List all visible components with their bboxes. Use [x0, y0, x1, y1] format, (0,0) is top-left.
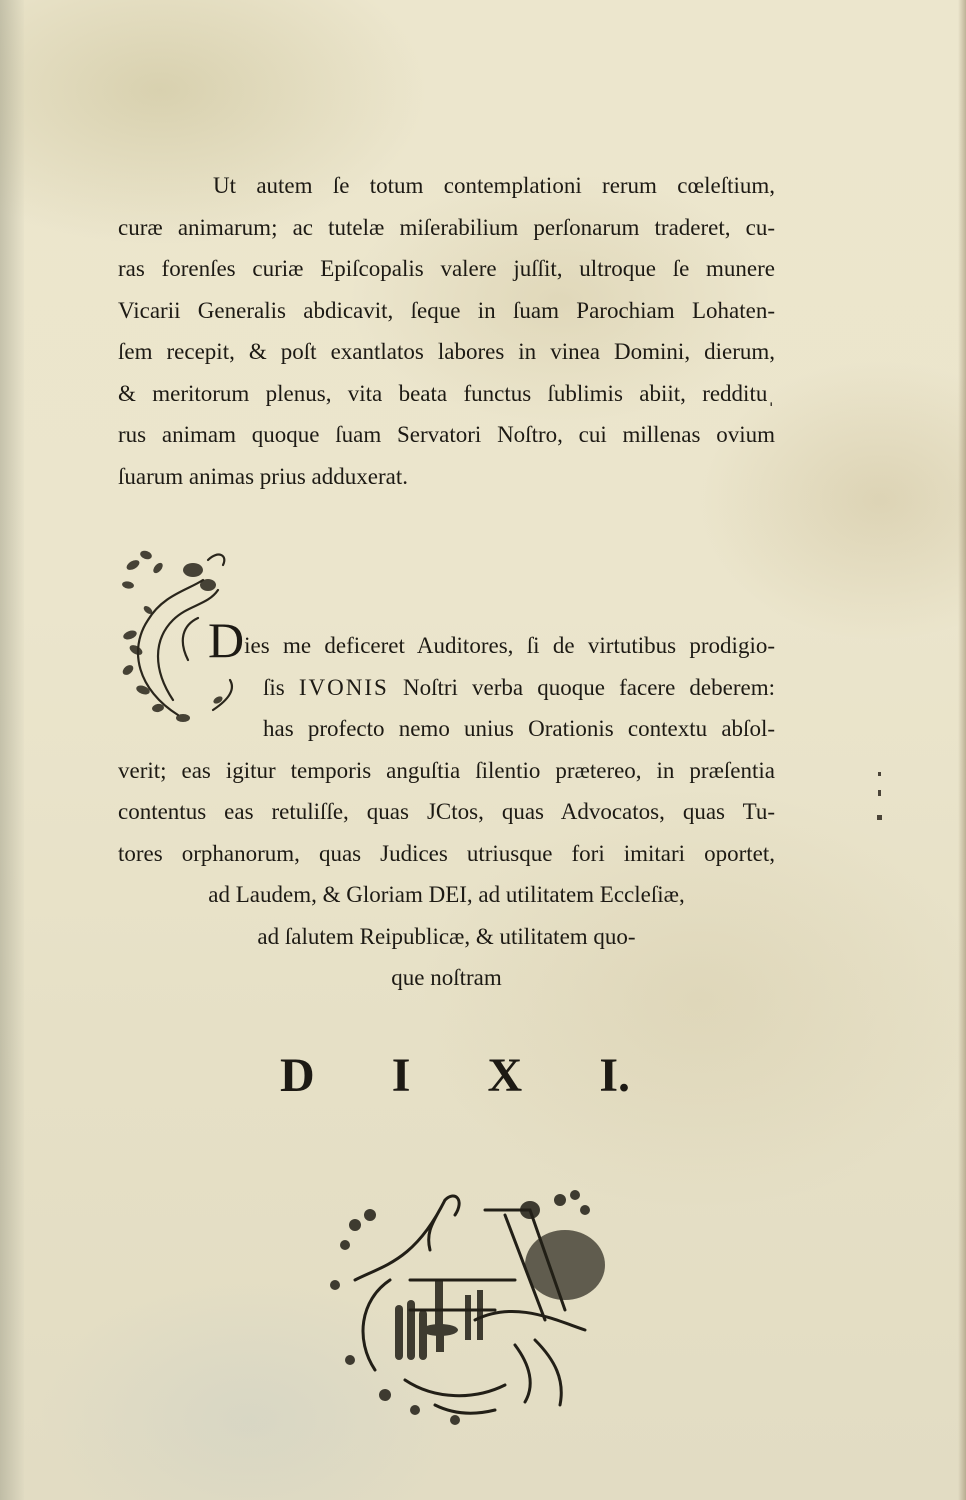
paragraph-2: Dies me deficeret Auditores, ſi de virtu…	[118, 620, 775, 999]
text-fragment: Noſtri verba quoque facere deberem:	[389, 675, 775, 700]
text-line: Vicarii Generalis abdicavit, ſeque in ſu…	[118, 290, 775, 332]
text-line: contentus eas retuliſſe, quas JCtos, qua…	[118, 791, 775, 833]
text-fragment: ies me deficeret Auditores, ſi de virtut…	[244, 633, 775, 658]
name-caps: IVONIS	[299, 675, 389, 700]
text-line: ad ſalutem Reipublicæ, & utilitatem quo-	[118, 916, 775, 958]
book-page: Ut autem ſe totum contemplationi rerum c…	[0, 0, 966, 1500]
text-line: rus animam quoque ſuam Servatori Noſtro,…	[118, 414, 775, 456]
dixi-letter: I.	[599, 1048, 630, 1103]
dixi-letter: X	[488, 1048, 523, 1103]
dixi-letter: D	[280, 1048, 315, 1103]
text-line: ſem recepit, & poſt exantlatos labores i…	[118, 331, 775, 373]
text-line: que noſtram	[118, 957, 775, 999]
text-line: Ut autem ſe totum contemplationi rerum c…	[118, 165, 775, 207]
text-line: tores orphanorum, quas Judices utriusque…	[118, 833, 775, 875]
text-line-with-drop-cap: Dies me deficeret Auditores, ſi de virtu…	[118, 620, 775, 667]
text-line: verit; eas igitur temporis anguſtia ſile…	[118, 750, 775, 792]
text-line: ad Laudem, & Gloriam DEI, ad utilitatem …	[118, 874, 775, 916]
text-line: has profecto nemo unius Orationis contex…	[118, 708, 775, 750]
drop-cap: D	[208, 612, 244, 668]
text-line: ſis IVONIS Noſtri verba quoque facere de…	[118, 667, 775, 709]
page-edge	[958, 0, 966, 1500]
closing-dixi: D I X I.	[280, 1048, 630, 1103]
text-line: ras forenſes curiæ Epiſcopalis valere ju…	[118, 248, 775, 290]
dixi-letter: I	[392, 1048, 411, 1103]
margin-marks	[870, 770, 890, 830]
paragraph-1: Ut autem ſe totum contemplationi rerum c…	[118, 165, 775, 497]
text-line: ſuarum animas prius adduxerat.	[118, 456, 775, 498]
text-fragment: ſis	[263, 675, 299, 700]
text-line: curæ animarum; ac tutelæ miſerabilium pe…	[118, 207, 775, 249]
rococo-vignette-icon	[315, 1170, 615, 1430]
page-spine-shadow	[0, 0, 24, 1500]
text-line: & meritorum plenus, vita beata functus ſ…	[118, 373, 775, 415]
